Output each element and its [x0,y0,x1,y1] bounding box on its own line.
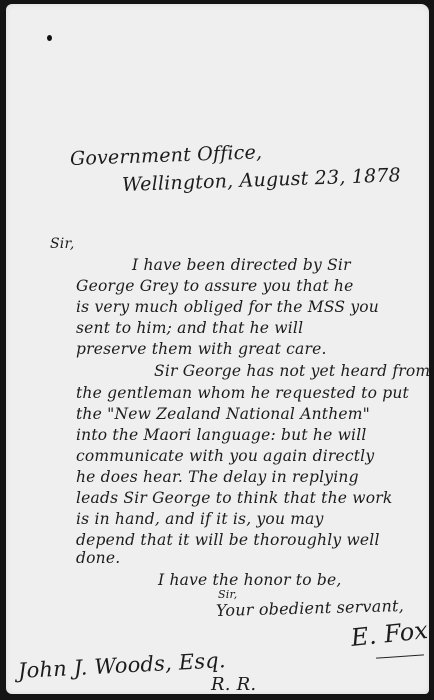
closing-sir: Sir, [218,588,237,601]
body-line: is in hand, and if it is, you may [76,510,324,528]
salutation: Sir, [50,236,74,252]
body-line: done. [76,549,120,567]
closing-line: I have the honor to be, [158,571,342,589]
ink-blot [47,35,52,41]
body-line: into the Maori language: but he will [76,426,367,444]
body-line: the "New Zealand National Anthem" [76,405,370,423]
closing-servant: Your obedient servant, [216,596,404,620]
heading-place-date: Wellington, August 23, 1878 [122,164,402,196]
body-line: he does hear. The delay in replying [76,468,359,486]
letter-page: Government Office, Wellington, August 23… [6,4,429,694]
body-line: Sir George has not yet heard from [154,362,430,380]
body-line: leads Sir George to think that the work [76,489,392,507]
initials: R. R. [211,674,256,695]
signature-flourish [376,654,424,658]
scan-frame: Government Office, Wellington, August 23… [0,0,434,700]
signature: E. Fox [350,616,430,652]
body-line: George Grey to assure you that he [76,277,353,295]
body-line: the gentleman whom he requested to put [76,384,409,402]
body-line: I have been directed by Sir [132,256,351,274]
body-line: communicate with you again directly [76,447,374,465]
body-line: sent to him; and that he will [76,319,303,337]
heading-office: Government Office, [70,141,263,170]
addressee: John J. Woods, Esq. [17,648,226,683]
body-line: depend that it will be thoroughly well [76,531,380,549]
body-line: preserve them with great care. [76,340,327,358]
body-line: is very much obliged for the MSS you [76,298,379,316]
